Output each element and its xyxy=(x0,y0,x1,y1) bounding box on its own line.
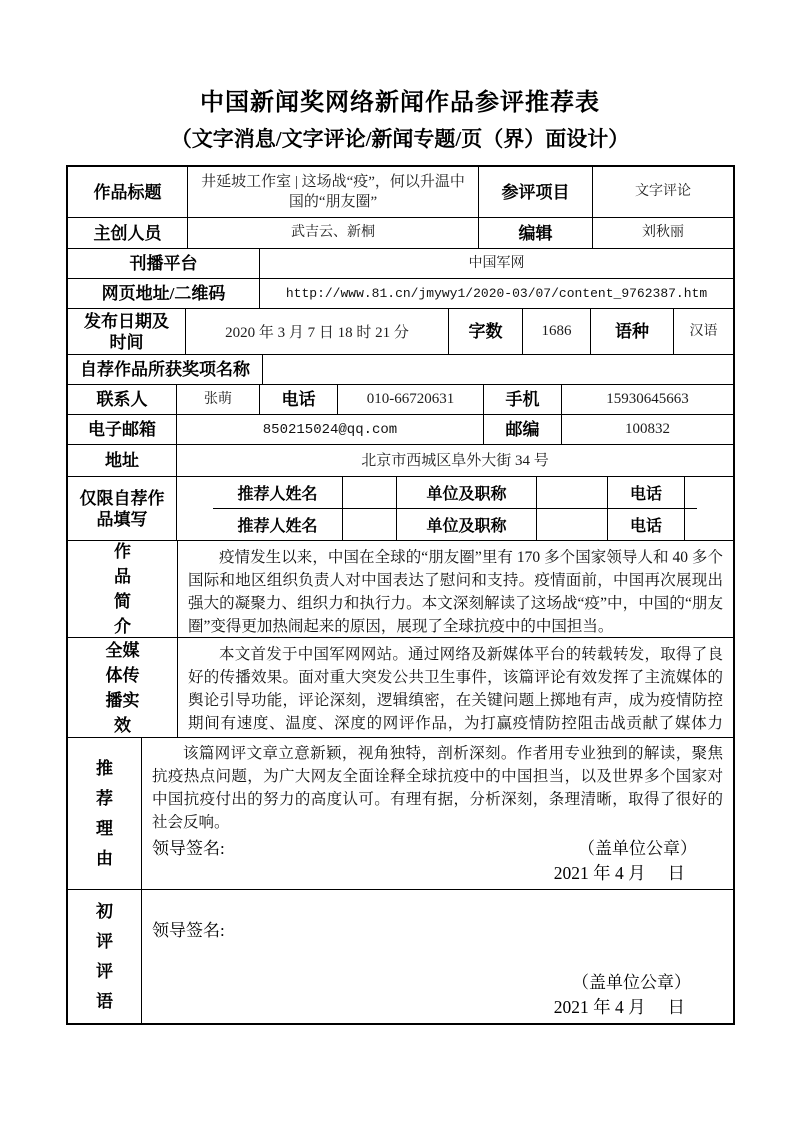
address-label: 地址 xyxy=(68,445,177,476)
row-address: 地址 北京市西城区阜外大街 34 号 xyxy=(68,445,733,477)
recommender-tel-label-2: 电话 xyxy=(608,509,685,540)
recommend-leader-signature-label: 领导签名: xyxy=(152,834,225,859)
row-creators: 主创人员 武吉云、新桐 编辑 刘秋丽 xyxy=(68,218,733,249)
self-rec-label: 仅限自荐作 品填写 xyxy=(68,477,177,540)
recommender-org-value-1 xyxy=(537,477,608,508)
entry-category-value: 文字评论 xyxy=(593,167,733,217)
award-label: 自荐作品所获奖项名称 xyxy=(68,355,263,384)
editor-value: 刘秋丽 xyxy=(593,218,733,248)
row-review-comments: 初 评 评 语 领导签名: （盖单位公章） 2021 年 4 月 日 xyxy=(68,890,733,1023)
recommend-reason-content: 该篇网评文章立意新颖，视角独特，剖析深刻。作者用专业独到的解读，聚焦抗疫热点问题… xyxy=(142,738,733,889)
row-self-recommendation: 仅限自荐作 品填写 推荐人姓名 单位及职称 电话 推荐人姓名 单位及职称 电话 xyxy=(68,477,733,541)
row-work-intro: 作 品 简 介 疫情发生以来，中国在全球的“朋友圈”里有 170 多个国家领导人… xyxy=(68,541,733,638)
entry-category-label: 参评项目 xyxy=(479,167,593,217)
recommender-name-label-1: 推荐人姓名 xyxy=(213,477,343,508)
work-intro-content: 疫情发生以来，中国在全球的“朋友圈”里有 170 多个国家领导人和 40 多个国… xyxy=(178,541,733,637)
recommender-name-value-1 xyxy=(343,477,397,508)
row-recommend-reason: 推 荐 理 由 该篇网评文章立意新颖，视角独特，剖析深刻。作者用专业独到的解读，… xyxy=(68,738,733,890)
recommend-date: 2021 年 4 月 日 xyxy=(152,860,723,885)
row-email: 电子邮箱 850215024@qq.com 邮编 100832 xyxy=(68,415,733,445)
recommender-tel-value-2 xyxy=(685,509,697,540)
row-publish: 发布日期及 时间 2020 年 3 月 7 日 18 时 21 分 字数 168… xyxy=(68,309,733,355)
row-contact: 联系人 张萌 电话 010-66720631 手机 15930645663 xyxy=(68,385,733,415)
contact-value: 张萌 xyxy=(177,385,260,414)
mobile-label: 手机 xyxy=(484,385,562,414)
award-value xyxy=(263,355,733,384)
recommend-seal-note: （盖单位公章） xyxy=(578,834,697,859)
email-label: 电子邮箱 xyxy=(68,415,177,444)
recommend-reason-paragraph: 该篇网评文章立意新颖，视角独特，剖析深刻。作者用专业独到的解读，聚焦抗疫热点问题… xyxy=(152,742,723,834)
url-label: 网页地址/二维码 xyxy=(68,279,260,308)
row-url: 网页地址/二维码 http://www.81.cn/jmywy1/2020-03… xyxy=(68,279,733,309)
row-award: 自荐作品所获奖项名称 xyxy=(68,355,733,385)
recommender-name-value-2 xyxy=(343,509,397,540)
zip-value: 100832 xyxy=(562,415,733,444)
work-title-label: 作品标题 xyxy=(68,167,188,217)
review-comments-label: 初 评 评 语 xyxy=(68,890,142,1023)
row-work-title: 作品标题 井延坡工作室 | 这场战“疫”，何以升温中国的“朋友圈” 参评项目 文… xyxy=(68,167,733,218)
self-rec-rows: 推荐人姓名 单位及职称 电话 推荐人姓名 单位及职称 电话 xyxy=(177,477,733,540)
spread-effect-label: 全媒 体传 播实 效 xyxy=(68,638,178,737)
recommendation-form-table: 作品标题 井延坡工作室 | 这场战“疫”，何以升温中国的“朋友圈” 参评项目 文… xyxy=(66,165,735,1025)
phone-value: 010-66720631 xyxy=(338,385,484,414)
recommender-org-label-1: 单位及职称 xyxy=(397,477,537,508)
review-comments-content: 领导签名: （盖单位公章） 2021 年 4 月 日 xyxy=(142,890,733,1023)
recommender-org-value-2 xyxy=(537,509,608,540)
creators-value: 武吉云、新桐 xyxy=(188,218,479,248)
address-value: 北京市西城区阜外大街 34 号 xyxy=(177,445,733,476)
review-sign-block: （盖单位公章） 2021 年 4 月 日 xyxy=(152,967,723,1019)
recommend-reason-label: 推 荐 理 由 xyxy=(68,738,142,889)
editor-label: 编辑 xyxy=(479,218,593,248)
language-label: 语种 xyxy=(591,309,674,354)
zip-label: 邮编 xyxy=(484,415,562,444)
mobile-value: 15930645663 xyxy=(562,385,733,414)
recommend-sign-block: 领导签名: （盖单位公章） 2021 年 4 月 日 xyxy=(152,834,723,885)
work-title-value: 井延坡工作室 | 这场战“疫”，何以升温中国的“朋友圈” xyxy=(188,167,479,217)
platform-label: 刊播平台 xyxy=(68,249,260,278)
publish-date-label: 发布日期及 时间 xyxy=(68,309,186,354)
language-value: 汉语 xyxy=(674,309,733,354)
url-value: http://www.81.cn/jmywy1/2020-03/07/conte… xyxy=(260,279,733,308)
row-spread-effect: 全媒 体传 播实 效 本文首发于中国军网网站。通过网络及新媒体平台的转载转发，取… xyxy=(68,638,733,738)
document-page: 中国新闻奖网络新闻作品参评推荐表 （文字消息/文字评论/新闻专题/页（界）面设计… xyxy=(0,0,800,1131)
platform-value: 中国军网 xyxy=(260,249,733,278)
recommender-org-label-2: 单位及职称 xyxy=(397,509,537,540)
spread-effect-content: 本文首发于中国军网网站。通过网络及新媒体平台的转载转发，取得了良好的传播效果。面… xyxy=(178,638,733,737)
recommender-tel-value-1 xyxy=(685,477,697,508)
recommend-sign-line: 领导签名: （盖单位公章） xyxy=(152,834,723,859)
row-platform: 刊播平台 中国军网 xyxy=(68,249,733,279)
review-leader-signature-label: 领导签名: xyxy=(152,916,723,941)
contact-label: 联系人 xyxy=(68,385,177,414)
review-date: 2021 年 4 月 日 xyxy=(152,994,723,1019)
recommender-name-label-2: 推荐人姓名 xyxy=(213,509,343,540)
creators-label: 主创人员 xyxy=(68,218,188,248)
self-rec-row-2: 推荐人姓名 单位及职称 电话 xyxy=(213,509,697,540)
phone-label: 电话 xyxy=(260,385,338,414)
publish-date-value: 2020 年 3 月 7 日 18 时 21 分 xyxy=(186,309,449,354)
recommender-tel-label-1: 电话 xyxy=(608,477,685,508)
form-title: 中国新闻奖网络新闻作品参评推荐表 xyxy=(0,82,800,117)
email-value: 850215024@qq.com xyxy=(177,415,484,444)
work-intro-label: 作 品 简 介 xyxy=(68,541,178,637)
wordcount-label: 字数 xyxy=(449,309,523,354)
self-rec-row-1: 推荐人姓名 单位及职称 电话 xyxy=(213,477,697,509)
spread-effect-paragraph: 本文首发于中国军网网站。通过网络及新媒体平台的转载转发，取得了良好的传播效果。面… xyxy=(188,643,723,737)
review-seal-note: （盖单位公章） xyxy=(152,968,723,993)
wordcount-value: 1686 xyxy=(523,309,591,354)
work-intro-paragraph: 疫情发生以来，中国在全球的“朋友圈”里有 170 多个国家领导人和 40 多个国… xyxy=(188,546,723,637)
form-subtitle: （文字消息/文字评论/新闻专题/页（界）面设计） xyxy=(0,123,800,153)
